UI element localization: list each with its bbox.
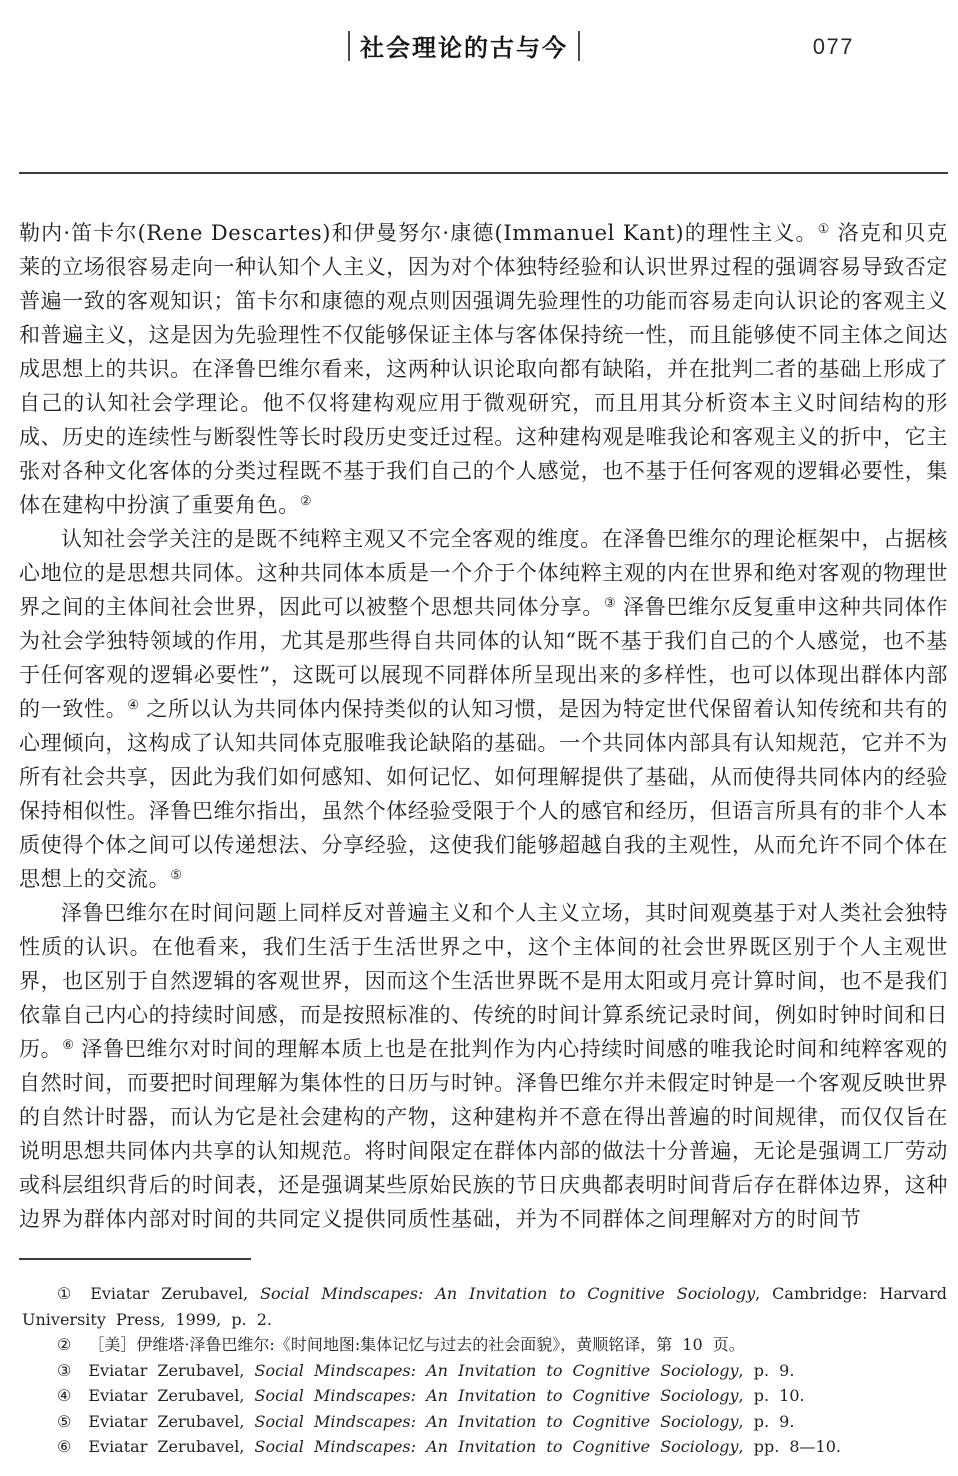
footnote: ③Eviatar Zerubavel, Social Mindscapes: A… <box>22 1358 947 1384</box>
paragraph: 勒内·笛卡尔(Rene Descartes)和伊曼努尔·康德(Immanuel … <box>19 216 948 522</box>
footnote: ④Eviatar Zerubavel, Social Mindscapes: A… <box>22 1383 947 1409</box>
footnote: ⑥Eviatar Zerubavel, Social Mindscapes: A… <box>22 1434 947 1460</box>
footnote-ref: ② <box>300 494 312 509</box>
footnote-text: Eviatar Zerubavel, Social Mindscapes: An… <box>22 1284 947 1329</box>
footnote-text: ［美］伊维塔·泽鲁巴维尔:《时间地图:集体记忆与过去的社会面貌》，黄顺铭译，第 … <box>88 1335 744 1354</box>
page-header: 社会理论的古与今 <box>0 28 943 63</box>
footnote-ref: ⑤ <box>170 868 182 883</box>
header-rule <box>19 172 948 174</box>
footnote-separator <box>19 1258 251 1260</box>
page-number: 077 <box>813 34 854 60</box>
paragraph: 认知社会学关注的是既不纯粹主观又不完全客观的维度。在泽鲁巴维尔的理论框架中，占据… <box>19 522 948 896</box>
footnote: ①Eviatar Zerubavel, Social Mindscapes: A… <box>22 1281 947 1332</box>
footnote: ⑤Eviatar Zerubavel, Social Mindscapes: A… <box>22 1409 947 1435</box>
footnote-marker: ⑤ <box>57 1412 71 1431</box>
footnote-text: Eviatar Zerubavel, Social Mindscapes: An… <box>88 1412 794 1431</box>
footnote: ②［美］伊维塔·泽鲁巴维尔:《时间地图:集体记忆与过去的社会面貌》，黄顺铭译，第… <box>22 1332 947 1358</box>
footnote-marker: ① <box>57 1284 73 1303</box>
paragraph: 泽鲁巴维尔在时间问题上同样反对普遍主义和个人主义立场，其时间观奠基于对人类社会独… <box>19 896 948 1236</box>
title-divider-left <box>348 31 350 61</box>
body-text: 勒内·笛卡尔(Rene Descartes)和伊曼努尔·康德(Immanuel … <box>19 216 948 1236</box>
footnote-text: Eviatar Zerubavel, Social Mindscapes: An… <box>88 1386 804 1405</box>
footnote-ref: ⑥ <box>62 1038 74 1053</box>
footnote-text: Eviatar Zerubavel, Social Mindscapes: An… <box>88 1361 794 1380</box>
page-header-title: 社会理论的古与今 <box>360 28 568 63</box>
footnote-marker: ② <box>57 1335 71 1354</box>
footnote-ref: ④ <box>127 698 139 713</box>
footnote-marker: ④ <box>57 1386 71 1405</box>
footnote-marker: ③ <box>57 1361 71 1380</box>
footnote-text: Eviatar Zerubavel, Social Mindscapes: An… <box>88 1437 841 1456</box>
document-page: 社会理论的古与今 077 勒内·笛卡尔(Rene Descartes)和伊曼努尔… <box>0 0 958 1476</box>
footnote-ref: ③ <box>604 596 616 611</box>
footnotes-section: ①Eviatar Zerubavel, Social Mindscapes: A… <box>22 1281 947 1460</box>
footnote-ref: ① <box>818 222 830 237</box>
footnote-marker: ⑥ <box>57 1437 71 1456</box>
title-divider-right <box>578 31 580 61</box>
